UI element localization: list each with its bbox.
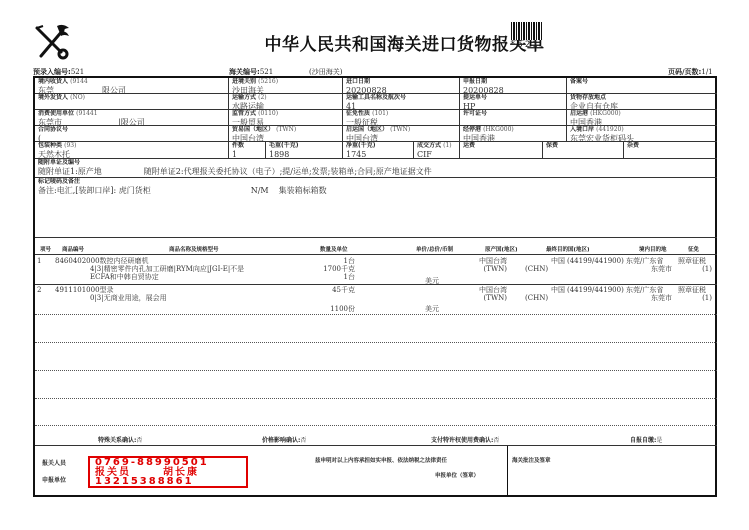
field-entry-port: 入境口岸 (441920) 东莞宏业货柜码头 [567, 126, 717, 142]
field-trade-country: 贸易国（地区） (TWN) 中国台湾 [229, 126, 343, 142]
barcode [511, 22, 542, 40]
col-final-dest: 最终目的国(地区) [546, 245, 590, 253]
divider [35, 314, 717, 315]
col-name-spec: 商品名称及规格型号 [169, 245, 219, 253]
field-consignee: 境内收货人 (9144 东莞限公司 [35, 78, 229, 94]
divider [35, 342, 717, 343]
field-declare-date: 申报日期 20200828 [460, 78, 567, 94]
field-package-type: 包装种类 (93) 天然木托 [35, 142, 229, 159]
divider [35, 254, 717, 255]
col-hs-code: 商品编号 [62, 245, 84, 253]
col-price: 单价/总价/币制 [416, 245, 453, 253]
divider [35, 445, 717, 446]
declarant-label: 报关人员 [42, 458, 66, 467]
royalty-confirm: 支付特许权使用费确认:否 [431, 435, 499, 444]
field-consumer: 消费使用单位 (91441 东莞市|限公司 [35, 110, 229, 126]
field-freight: 运费 [460, 142, 543, 159]
field-gross-weight: 毛重(千克) 1898 [266, 142, 343, 159]
declaration-statement: 兹申明对以上内容承担如实申报、依法纳税之法律责任 [315, 456, 447, 464]
col-quantity: 数量及单位 [320, 245, 348, 253]
divider [35, 425, 717, 426]
footer-divider [507, 446, 508, 497]
field-contract-no: 合同协议号 ( [35, 126, 229, 142]
unit-signature-label: 申报单位（签章） [435, 471, 479, 479]
field-misc-fee: 杂费 [624, 142, 717, 159]
divider [35, 398, 717, 399]
field-net-weight: 净重(千克) 1745 [343, 142, 414, 159]
field-import-date: 进口日期 20200828 [343, 78, 460, 94]
declarant-stamp: 0769-88990501 报关员胡长康 13215388861 [88, 456, 248, 488]
field-supervision: 监管方式 (0110) 一般贸易 [229, 110, 343, 126]
field-levy-nature: 征免性质 (101) 一般征税 [343, 110, 460, 126]
barcode-text: *521 [510, 40, 540, 50]
field-bill-no: 提运单号 HP [460, 94, 567, 110]
field-departure-port: 启运港 (HKG000) 中国香港 [567, 110, 717, 126]
field-marks-remarks: 标记唛码及备注 备注:电汇,[装卸口岸]: 虎门货柜N/M集装箱标箱数 [35, 178, 717, 238]
special-relation-confirm: 特殊关系确认:否 [98, 435, 142, 444]
divider [35, 284, 717, 285]
form-title: 中华人民共和国海关进口货物报关单 [0, 30, 749, 55]
field-consignor: 境外发货人 (NO) [35, 94, 229, 110]
field-origin-country: 启运国（地区） (TWN) 中国台湾 [343, 126, 460, 142]
field-storage-place: 货物存放地点 企业自有仓库 [567, 94, 717, 110]
col-domestic-dest: 境内目的地 [639, 245, 667, 253]
field-transport-mode: 运输方式 (2) 水路运输 [229, 94, 343, 110]
divider [35, 370, 717, 371]
field-vessel: 运输工具名称及航次号 41 [343, 94, 460, 110]
field-pieces: 件数 1 [229, 142, 266, 159]
field-record-no: 备案号 [567, 78, 717, 94]
field-deal-mode: 成交方式 (1) CIF [414, 142, 460, 159]
declaring-unit-label: 申报单位 [42, 475, 66, 484]
field-stop-port: 经停港 (HKG000) 中国香港 [460, 126, 567, 142]
field-insurance: 保费 [543, 142, 624, 159]
col-item-no: 项号 [40, 245, 51, 253]
field-attached-docs: 随附单证及编号 随附单证1:原产地随附单证2:代理报关委托协议（电子）;提/运单… [35, 159, 717, 178]
self-report-confirm: 自报自缴:是 [630, 435, 662, 444]
declaration-form: 境内收货人 (9144 东莞限公司 进境关别 (5216) 沙田海关 进口日期 … [33, 76, 717, 497]
customs-signature-label: 海关批注及签章 [512, 456, 551, 464]
field-entry-customs: 进境关别 (5216) 沙田海关 [229, 78, 343, 94]
field-license-no: 许可证号 [460, 110, 567, 126]
col-levy: 征免 [688, 245, 699, 253]
col-origin: 原产国(地区) [485, 245, 518, 253]
price-impact-confirm: 价格影响确认:否 [262, 435, 306, 444]
